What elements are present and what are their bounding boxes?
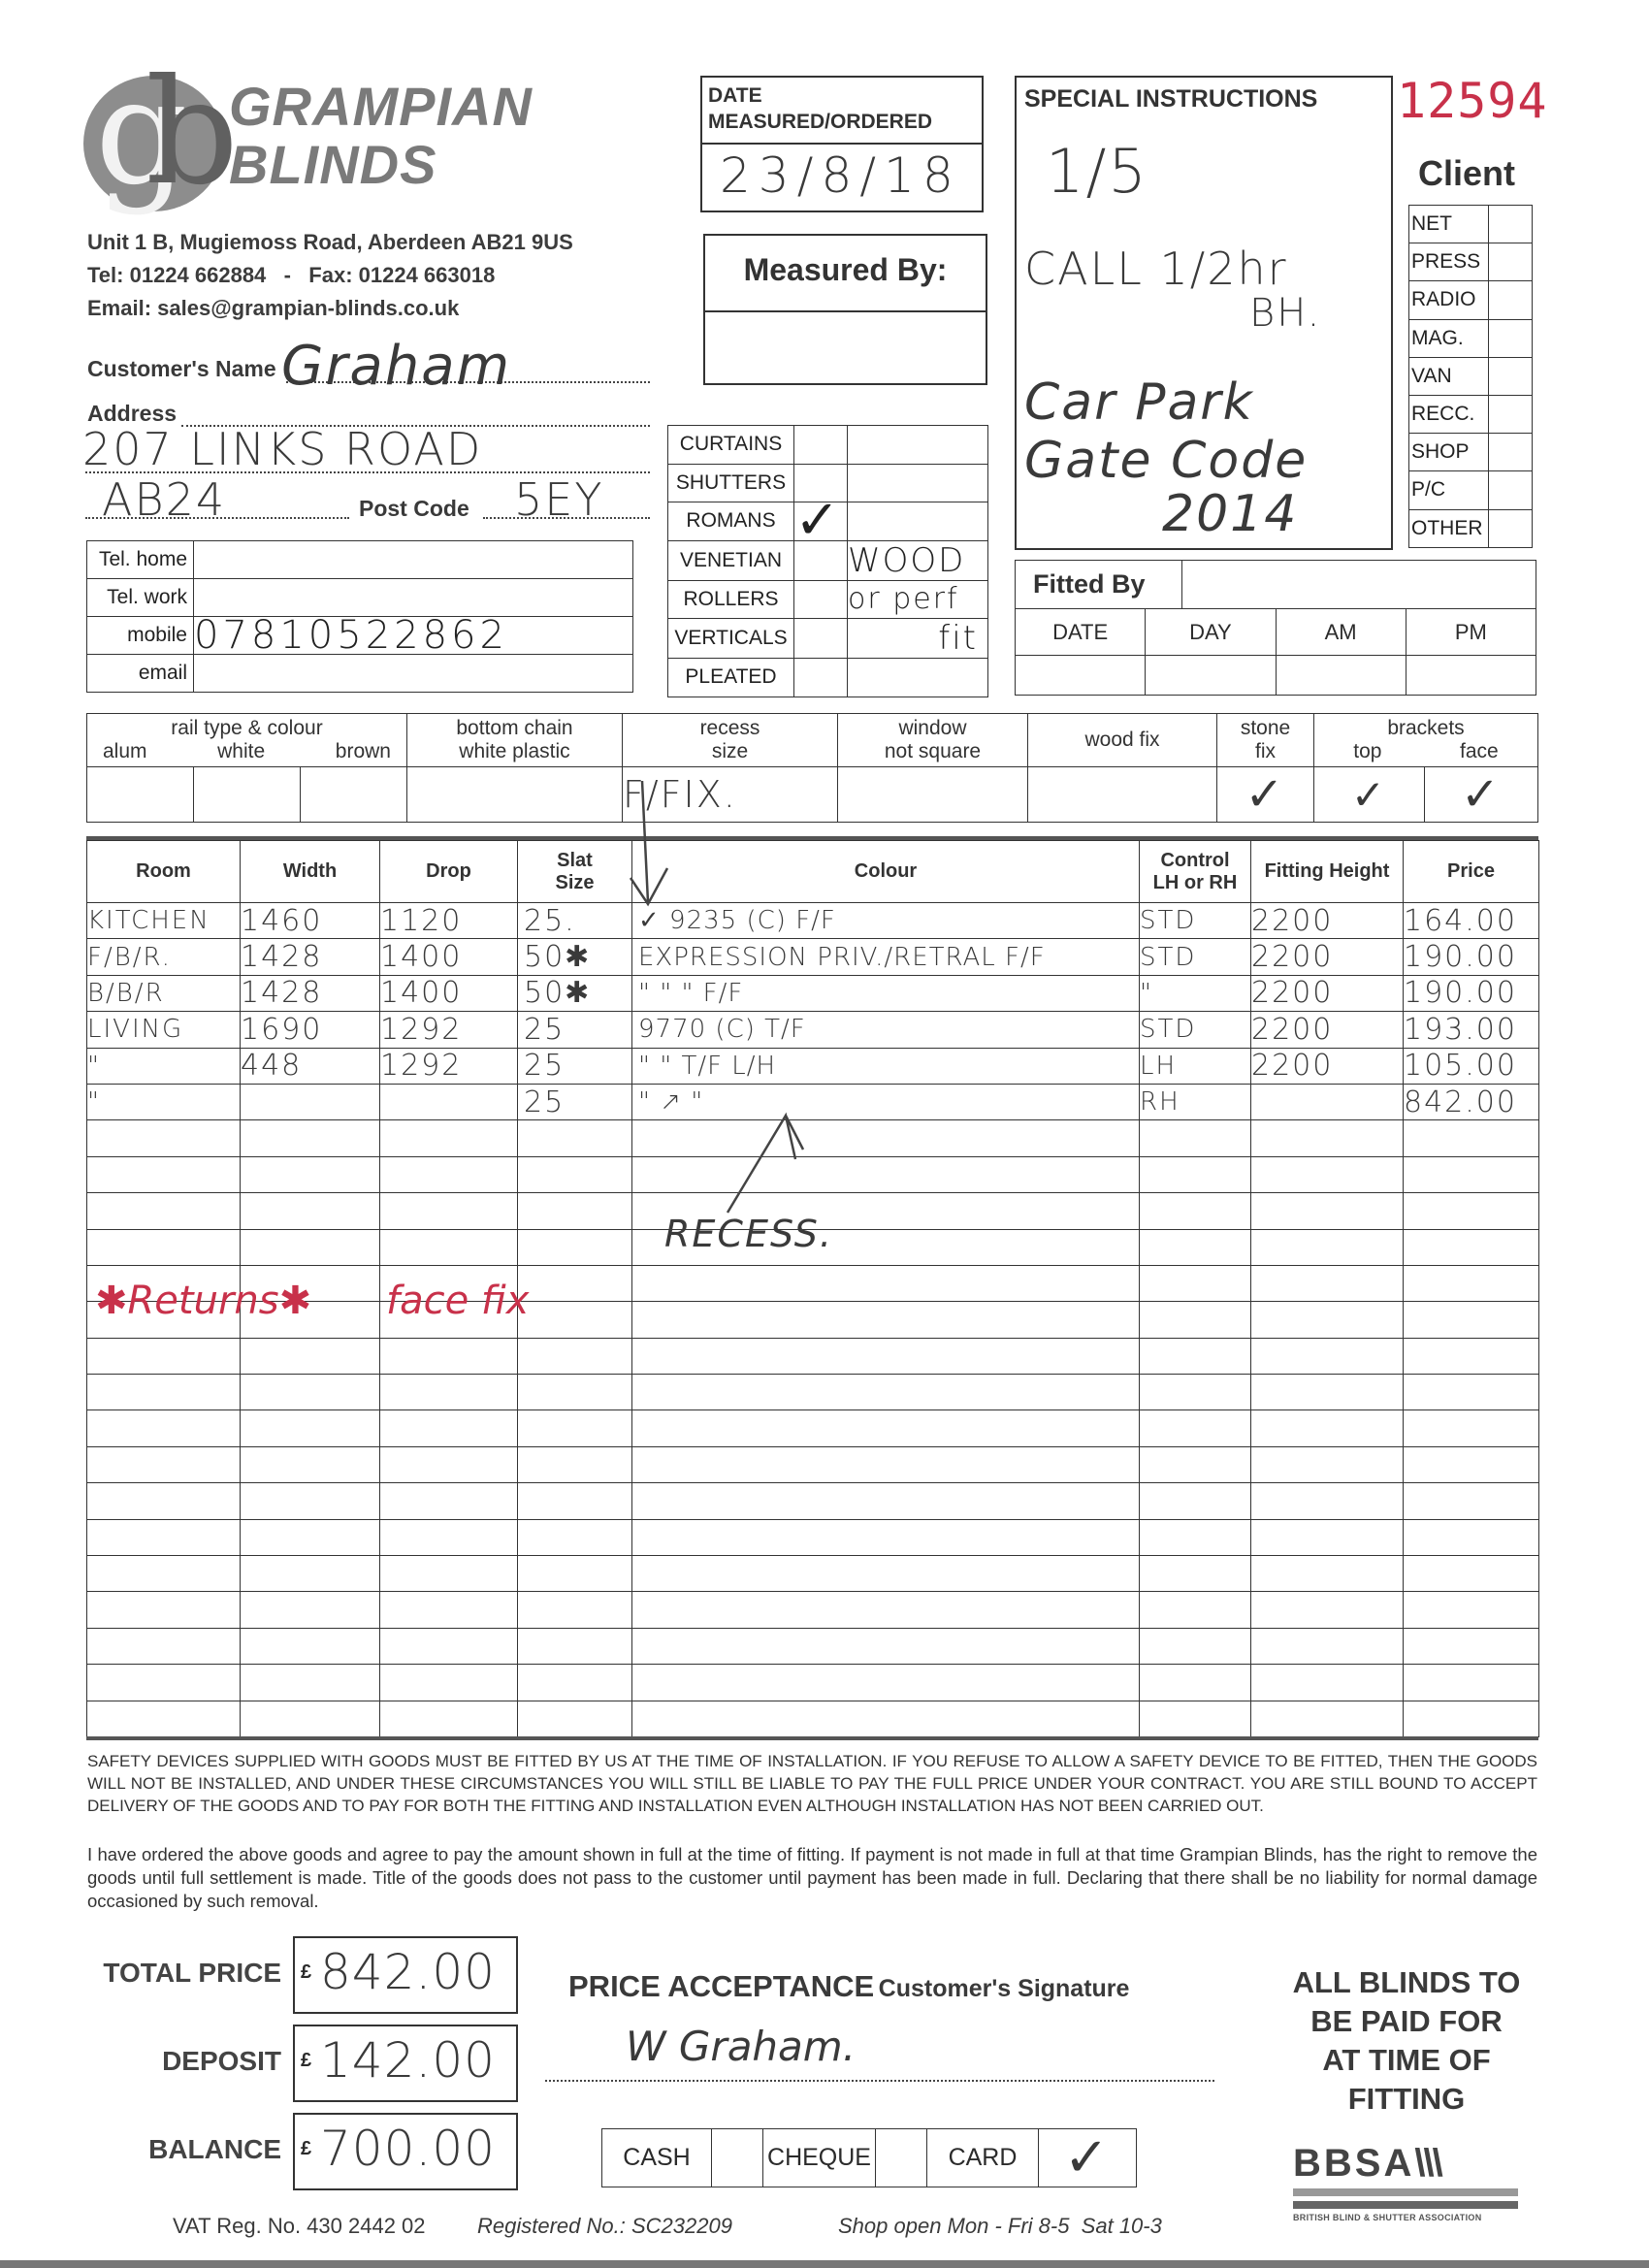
cell-width[interactable]: [241, 1229, 380, 1265]
table-row: [87, 1556, 1539, 1592]
cell-slat[interactable]: [518, 1156, 632, 1192]
payment-notice: ALL BLINDS TO BE PAID FOR AT TIME OF FIT…: [1242, 1963, 1571, 2119]
cell-room[interactable]: [87, 1410, 241, 1446]
total-currency: £: [301, 1961, 311, 1984]
cell-drop[interactable]: 1292: [380, 1012, 518, 1048]
payment-cheque-checkbox[interactable]: [876, 2129, 927, 2187]
measured-by-box: Measured By:: [703, 234, 987, 385]
deposit-label: DEPOSIT: [78, 2046, 281, 2077]
cell-colour[interactable]: [632, 1265, 1140, 1301]
cell-slat[interactable]: 25: [518, 1012, 632, 1048]
cell-drop[interactable]: [380, 1519, 518, 1555]
cell-slat[interactable]: [518, 1375, 632, 1410]
cell-drop[interactable]: [380, 1156, 518, 1192]
cell-price[interactable]: [1404, 1665, 1539, 1701]
cell-control[interactable]: [1140, 1302, 1251, 1338]
deposit-value: 142.00: [320, 2032, 496, 2089]
cell-price[interactable]: [1404, 1701, 1539, 1736]
cell-slat[interactable]: 50✱: [518, 939, 632, 975]
cell-room[interactable]: ": [87, 1084, 241, 1119]
cell-fitting[interactable]: [1251, 1446, 1404, 1482]
cell-colour[interactable]: [632, 1628, 1140, 1664]
fitted-by-table: Fitted By: [1015, 560, 1536, 609]
cell-colour[interactable]: [632, 1338, 1140, 1374]
rail-white-checkbox[interactable]: [194, 767, 301, 823]
cell-control[interactable]: [1140, 1156, 1251, 1192]
cell-fitting[interactable]: 2200: [1251, 1012, 1404, 1048]
cell-width[interactable]: 1460: [241, 903, 380, 939]
cell-colour[interactable]: [632, 1302, 1140, 1338]
product-venetian-note: WOOD: [848, 540, 988, 580]
total-price-value: 842.00: [320, 1944, 496, 2000]
col-control-line2: LH or RH: [1140, 872, 1250, 894]
wood-fix-checkbox[interactable]: [1028, 767, 1217, 823]
postcode-field[interactable]: 5EY: [514, 473, 603, 526]
cell-slat[interactable]: [518, 1483, 632, 1519]
product-verticals-checkbox[interactable]: [794, 619, 848, 659]
cell-price[interactable]: 842.00: [1404, 1084, 1539, 1119]
cell-price[interactable]: [1404, 1483, 1539, 1519]
cell-control[interactable]: [1140, 1446, 1251, 1482]
bottom-chain-checkbox[interactable]: [407, 767, 623, 823]
cell-price[interactable]: [1404, 1302, 1539, 1338]
rail-options-table: rail type & colour alum white brown bott…: [86, 713, 1538, 823]
cell-price[interactable]: [1404, 1446, 1539, 1482]
product-rollers-checkbox[interactable]: [794, 580, 848, 619]
cell-fitting[interactable]: [1251, 1156, 1404, 1192]
cell-room[interactable]: [87, 1665, 241, 1701]
registered-number: Registered No.: SC232209: [477, 2214, 732, 2239]
product-rollers-note: or perf: [848, 580, 988, 619]
deposit-currency: £: [301, 2050, 311, 2072]
email-field[interactable]: [194, 655, 633, 693]
cell-slat[interactable]: [518, 1592, 632, 1628]
cell-control[interactable]: ": [1140, 975, 1251, 1011]
cell-control[interactable]: [1140, 1665, 1251, 1701]
col-price: Price: [1404, 841, 1539, 903]
cell-fitting[interactable]: [1251, 1665, 1404, 1701]
col-slat-line1: Slat: [518, 850, 631, 872]
table-row: [87, 1375, 1539, 1410]
cell-slat[interactable]: [518, 1519, 632, 1555]
cell-fitting[interactable]: [1251, 1410, 1404, 1446]
shop-hours: Shop open Mon - Fri 8-5 Sat 10-3: [838, 2214, 1162, 2239]
cell-slat[interactable]: [518, 1302, 632, 1338]
cell-slat[interactable]: [518, 1556, 632, 1592]
product-romans-checkbox[interactable]: ✓: [794, 502, 848, 541]
tel-work-label: Tel. work: [87, 579, 194, 617]
client-source-shop: SHOP: [1409, 434, 1489, 471]
cell-room[interactable]: [87, 1483, 241, 1519]
client-source-net: NET: [1409, 206, 1489, 243]
cell-price[interactable]: [1404, 1229, 1539, 1265]
brackets-options: top face: [1314, 740, 1537, 763]
fitting-am-field[interactable]: [1276, 656, 1406, 696]
cell-price[interactable]: 193.00: [1404, 1012, 1539, 1048]
payment-card-label: CARD: [927, 2129, 1039, 2187]
total-price-box[interactable]: £ 842.00: [293, 1936, 518, 2014]
cell-slat[interactable]: 25: [518, 1084, 632, 1119]
rail-brown-checkbox[interactable]: [301, 767, 407, 823]
cell-drop[interactable]: [380, 1665, 518, 1701]
bbsa-stripes-icon: \\\: [1414, 2142, 1440, 2185]
measured-by-label: Measured By:: [705, 252, 986, 288]
col-control: ControlLH or RH: [1140, 841, 1251, 903]
cell-drop[interactable]: [380, 1556, 518, 1592]
cell-fitting[interactable]: 2200: [1251, 939, 1404, 975]
fitting-schedule-row: [1016, 656, 1536, 696]
cell-fitting[interactable]: [1251, 1701, 1404, 1736]
client-source-van-checkbox[interactable]: [1489, 357, 1533, 395]
bracket-option-face: face: [1460, 740, 1499, 763]
cell-width[interactable]: [241, 1628, 380, 1664]
cell-room[interactable]: ": [87, 1048, 241, 1084]
cell-fitting[interactable]: [1251, 1375, 1404, 1410]
cell-fitting[interactable]: [1251, 1265, 1404, 1301]
client-source-row: SHOP: [1409, 434, 1533, 471]
cell-colour[interactable]: [632, 1519, 1140, 1555]
cell-fitting[interactable]: [1251, 1338, 1404, 1374]
cell-room[interactable]: [87, 1156, 241, 1192]
cell-room[interactable]: [87, 1519, 241, 1555]
cell-drop[interactable]: [380, 1701, 518, 1736]
cell-width[interactable]: 448: [241, 1048, 380, 1084]
cell-drop[interactable]: 1292: [380, 1048, 518, 1084]
cell-width[interactable]: [241, 1193, 380, 1229]
col-room: Room: [87, 841, 241, 903]
mobile-label: mobile: [87, 617, 194, 655]
cell-width[interactable]: [241, 1446, 380, 1482]
cell-room[interactable]: [87, 1446, 241, 1482]
date-label-line2: MEASURED/ORDERED: [708, 109, 932, 135]
product-curtains-label: CURTAINS: [668, 426, 794, 465]
order-number: 12594: [1397, 73, 1548, 129]
cell-price[interactable]: [1404, 1193, 1539, 1229]
cell-width[interactable]: [241, 1701, 380, 1736]
fitted-by-row: Fitted By: [1016, 561, 1536, 609]
cell-colour[interactable]: EXPRESSION PRIV./RETRAL F/F: [632, 939, 1140, 975]
client-source-row: MAG.: [1409, 319, 1533, 357]
special-instructions-line3[interactable]: BH.: [1249, 291, 1321, 336]
product-row: CURTAINS: [668, 426, 988, 465]
payment-method-table: CASH CHEQUE CARD ✓: [601, 2128, 1137, 2187]
cell-control[interactable]: [1140, 1120, 1251, 1156]
cell-fitting[interactable]: [1251, 1628, 1404, 1664]
window-not-square-checkbox[interactable]: [838, 767, 1028, 823]
bbsa-bar-1: [1293, 2188, 1518, 2196]
bbsa-caption: BRITISH BLIND & SHUTTER ASSOCIATION: [1293, 2213, 1518, 2222]
cell-control[interactable]: RH: [1140, 1084, 1251, 1119]
cell-price[interactable]: [1404, 1120, 1539, 1156]
balance-box[interactable]: £ 700.00: [293, 2113, 518, 2190]
cell-room[interactable]: B/B/R: [87, 975, 241, 1011]
price-acceptance-heading: PRICE ACCEPTANCE Customer's Signature: [568, 1969, 1129, 2004]
cell-width[interactable]: [241, 1592, 380, 1628]
cell-colour[interactable]: 9770 (C) T/F: [632, 1012, 1140, 1048]
cell-drop[interactable]: [380, 1338, 518, 1374]
cell-drop[interactable]: 1400: [380, 939, 518, 975]
cell-colour[interactable]: [632, 1446, 1140, 1482]
cell-width[interactable]: [241, 1556, 380, 1592]
rail-alum-checkbox[interactable]: [87, 767, 194, 823]
cell-colour[interactable]: [632, 1120, 1140, 1156]
annotation-returns: ✱Returns✱: [95, 1279, 311, 1323]
cell-slat[interactable]: [518, 1265, 632, 1301]
cell-colour[interactable]: [632, 1156, 1140, 1192]
client-source-radio-checkbox[interactable]: [1489, 281, 1533, 319]
tel-work-field[interactable]: [194, 579, 633, 617]
cell-slat[interactable]: [518, 1229, 632, 1265]
table-row: [87, 1701, 1539, 1736]
special-instructions-line4[interactable]: Car Park: [1024, 373, 1254, 432]
cell-fitting[interactable]: [1251, 1084, 1404, 1119]
cell-fitting[interactable]: [1251, 1120, 1404, 1156]
cell-slat[interactable]: [518, 1120, 632, 1156]
order-table-header: Room Width Drop SlatSize Colour ControlL…: [87, 841, 1539, 903]
address-line-3-rule: [85, 517, 349, 519]
cell-control[interactable]: [1140, 1701, 1251, 1736]
cell-price[interactable]: [1404, 1592, 1539, 1628]
client-source-shop-checkbox[interactable]: [1489, 434, 1533, 471]
cell-control[interactable]: [1140, 1556, 1251, 1592]
stone-fix-header: stonefix: [1217, 714, 1314, 767]
table-row: LIVING16901292259770 (C) T/FSTD2200193.0…: [87, 1012, 1539, 1048]
tel-home-field[interactable]: [194, 541, 633, 579]
cell-fitting[interactable]: [1251, 1193, 1404, 1229]
cell-fitting[interactable]: [1251, 1229, 1404, 1265]
cell-price[interactable]: 164.00: [1404, 903, 1539, 939]
window-line1: window: [838, 717, 1027, 740]
cell-room[interactable]: [87, 1701, 241, 1736]
logo-letter-b: b: [145, 60, 239, 206]
cell-drop[interactable]: 1120: [380, 903, 518, 939]
fitting-pm-field[interactable]: [1406, 656, 1536, 696]
cell-control[interactable]: [1140, 1338, 1251, 1374]
cell-fitting[interactable]: [1251, 1592, 1404, 1628]
stone-fix-checkbox[interactable]: ✓: [1217, 767, 1314, 823]
col-colour: Colour: [632, 841, 1140, 903]
recess-arrow-up-icon: [718, 1086, 834, 1222]
cell-colour[interactable]: " " T/F L/H: [632, 1048, 1140, 1084]
cell-colour[interactable]: [632, 1410, 1140, 1446]
bottom-chain-line2: white plastic: [407, 740, 622, 763]
cell-room[interactable]: [87, 1338, 241, 1374]
cell-width[interactable]: 1428: [241, 975, 380, 1011]
cell-colour[interactable]: [632, 1556, 1140, 1592]
cell-width[interactable]: [241, 1519, 380, 1555]
fitting-date-field[interactable]: [1016, 656, 1146, 696]
cell-colour[interactable]: [632, 1701, 1140, 1736]
rail-type-options: alum white brown: [87, 740, 406, 763]
cell-colour[interactable]: " " " F/F: [632, 975, 1140, 1011]
payment-card-checkbox[interactable]: ✓: [1039, 2129, 1137, 2187]
cell-drop[interactable]: [380, 1410, 518, 1446]
cell-width[interactable]: [241, 1084, 380, 1119]
fitted-by-field[interactable]: [1182, 561, 1536, 609]
recess-size-header: recesssize: [623, 714, 838, 767]
fitting-schedule-table: DATE DAY AM PM: [1015, 608, 1536, 696]
cell-price[interactable]: [1404, 1375, 1539, 1410]
cell-control[interactable]: [1140, 1519, 1251, 1555]
cell-price[interactable]: 105.00: [1404, 1048, 1539, 1084]
table-row: KITCHEN1460112025.✓ 9235 (C) F/FSTD22001…: [87, 903, 1539, 939]
cell-control[interactable]: [1140, 1483, 1251, 1519]
payment-cash-checkbox[interactable]: [712, 2129, 763, 2187]
cell-control[interactable]: STD: [1140, 939, 1251, 975]
notice-line4: FITTING: [1242, 2080, 1571, 2119]
cell-price[interactable]: 190.00: [1404, 975, 1539, 1011]
cell-colour[interactable]: [632, 1483, 1140, 1519]
cell-price[interactable]: 190.00: [1404, 939, 1539, 975]
cell-room[interactable]: F/B/R.: [87, 939, 241, 975]
client-source-press-checkbox[interactable]: [1489, 243, 1533, 281]
table-bottom-rule: [86, 1736, 1538, 1740]
cell-price[interactable]: [1404, 1628, 1539, 1664]
cell-fitting[interactable]: 2200: [1251, 903, 1404, 939]
cell-slat[interactable]: [518, 1338, 632, 1374]
cell-room[interactable]: [87, 1193, 241, 1229]
product-romans-note: [848, 502, 988, 541]
cell-control[interactable]: STD: [1140, 903, 1251, 939]
cell-width[interactable]: 1428: [241, 939, 380, 975]
cell-drop[interactable]: [380, 1446, 518, 1482]
cell-drop[interactable]: [380, 1375, 518, 1410]
client-source-net-checkbox[interactable]: [1489, 206, 1533, 243]
cell-room[interactable]: [87, 1556, 241, 1592]
customer-signature[interactable]: W Graham.: [626, 2023, 856, 2070]
cell-slat[interactable]: 25.: [518, 903, 632, 939]
cell-price[interactable]: [1404, 1519, 1539, 1555]
notice-line2: BE PAID FOR: [1242, 2002, 1571, 2041]
cell-slat[interactable]: 25: [518, 1048, 632, 1084]
cell-width[interactable]: [241, 1665, 380, 1701]
cell-price[interactable]: [1404, 1556, 1539, 1592]
cell-price[interactable]: [1404, 1410, 1539, 1446]
cell-fitting[interactable]: [1251, 1519, 1404, 1555]
company-email: Email: sales@grampian-blinds.co.uk: [87, 296, 459, 321]
contact-row-home: Tel. home: [87, 541, 633, 579]
cell-width[interactable]: [241, 1120, 380, 1156]
product-curtains-checkbox[interactable]: [794, 426, 848, 465]
cell-drop[interactable]: [380, 1229, 518, 1265]
cell-slat[interactable]: [518, 1665, 632, 1701]
client-source-mag-checkbox[interactable]: [1489, 319, 1533, 357]
special-instructions-line5[interactable]: Gate Code: [1024, 432, 1308, 490]
cell-colour[interactable]: " ↗ ": [632, 1084, 1140, 1119]
date-field[interactable]: 23/8/18: [720, 147, 961, 204]
cell-width[interactable]: [241, 1483, 380, 1519]
cell-price[interactable]: [1404, 1338, 1539, 1374]
cell-fitting[interactable]: 2200: [1251, 975, 1404, 1011]
cell-control[interactable]: [1140, 1410, 1251, 1446]
product-shutters-label: SHUTTERS: [668, 464, 794, 502]
cell-fitting[interactable]: [1251, 1483, 1404, 1519]
cell-slat[interactable]: [518, 1701, 632, 1736]
col-slat-size: SlatSize: [518, 841, 632, 903]
cell-width[interactable]: [241, 1338, 380, 1374]
cell-drop[interactable]: [380, 1120, 518, 1156]
cell-width[interactable]: [241, 1156, 380, 1192]
bracket-face-checkbox[interactable]: ✓: [1425, 767, 1538, 823]
cell-colour[interactable]: ✓ 9235 (C) F/F: [632, 903, 1140, 939]
cell-width[interactable]: 1690: [241, 1012, 380, 1048]
special-instructions-line1[interactable]: 1/5: [1046, 136, 1148, 207]
cell-drop[interactable]: [380, 1084, 518, 1119]
cell-drop[interactable]: 1400: [380, 975, 518, 1011]
cell-drop[interactable]: [380, 1483, 518, 1519]
client-source-recc: RECC.: [1409, 395, 1489, 433]
cell-control[interactable]: [1140, 1229, 1251, 1265]
cell-room[interactable]: [87, 1592, 241, 1628]
cell-price[interactable]: [1404, 1156, 1539, 1192]
cell-slat[interactable]: 50✱: [518, 975, 632, 1011]
special-instructions-line6[interactable]: 2014: [1162, 485, 1298, 543]
cell-colour[interactable]: [632, 1665, 1140, 1701]
col-width: Width: [241, 841, 380, 903]
cell-slat[interactable]: [518, 1446, 632, 1482]
price-acceptance-subtitle: Customer's Signature: [879, 1975, 1130, 2002]
wood-fix-header: wood fix: [1028, 714, 1217, 767]
cell-slat[interactable]: [518, 1410, 632, 1446]
cell-colour[interactable]: [632, 1592, 1140, 1628]
special-instructions-line2[interactable]: CALL 1/2hr: [1024, 243, 1288, 295]
cell-width[interactable]: [241, 1410, 380, 1446]
cell-fitting[interactable]: 2200: [1251, 1048, 1404, 1084]
deposit-box[interactable]: £ 142.00: [293, 2025, 518, 2102]
cell-fitting[interactable]: [1251, 1302, 1404, 1338]
client-source-recc-checkbox[interactable]: [1489, 395, 1533, 433]
client-source-press: PRESS: [1409, 243, 1489, 281]
col-control-line1: Control: [1140, 850, 1250, 872]
recess-arrow-down-icon: [621, 776, 698, 912]
cell-drop[interactable]: [380, 1628, 518, 1664]
client-source-other-checkbox[interactable]: [1489, 509, 1533, 547]
table-row: [87, 1483, 1539, 1519]
cell-room[interactable]: [87, 1628, 241, 1664]
cell-room[interactable]: [87, 1120, 241, 1156]
cell-room[interactable]: [87, 1229, 241, 1265]
cell-drop[interactable]: [380, 1592, 518, 1628]
client-source-pc-checkbox[interactable]: [1489, 471, 1533, 509]
cell-control[interactable]: [1140, 1375, 1251, 1410]
cell-control[interactable]: [1140, 1193, 1251, 1229]
bracket-top-checkbox[interactable]: ✓: [1314, 767, 1425, 823]
cell-colour[interactable]: [632, 1375, 1140, 1410]
cell-drop[interactable]: [380, 1193, 518, 1229]
cell-slat[interactable]: [518, 1628, 632, 1664]
table-row: [87, 1519, 1539, 1555]
cell-control[interactable]: LH: [1140, 1048, 1251, 1084]
cell-room[interactable]: KITCHEN: [87, 903, 241, 939]
date-divider: [702, 143, 982, 145]
cell-control[interactable]: [1140, 1265, 1251, 1301]
mobile-field[interactable]: 07810522862: [194, 617, 633, 655]
customer-name-field[interactable]: Graham: [281, 335, 511, 398]
cell-control[interactable]: STD: [1140, 1012, 1251, 1048]
cell-control[interactable]: [1140, 1628, 1251, 1664]
product-pleated-checkbox[interactable]: [794, 659, 848, 697]
cell-room[interactable]: LIVING: [87, 1012, 241, 1048]
cell-room[interactable]: [87, 1375, 241, 1410]
cell-slat[interactable]: [518, 1193, 632, 1229]
fitting-day-field[interactable]: [1146, 656, 1276, 696]
cell-width[interactable]: [241, 1375, 380, 1410]
cell-price[interactable]: [1404, 1265, 1539, 1301]
cell-fitting[interactable]: [1251, 1556, 1404, 1592]
address-line-1-field[interactable]: 207 LINKS ROAD: [82, 423, 482, 475]
cell-control[interactable]: [1140, 1592, 1251, 1628]
table-row: F/B/R.1428140050✱EXPRESSION PRIV./RETRAL…: [87, 939, 1539, 975]
